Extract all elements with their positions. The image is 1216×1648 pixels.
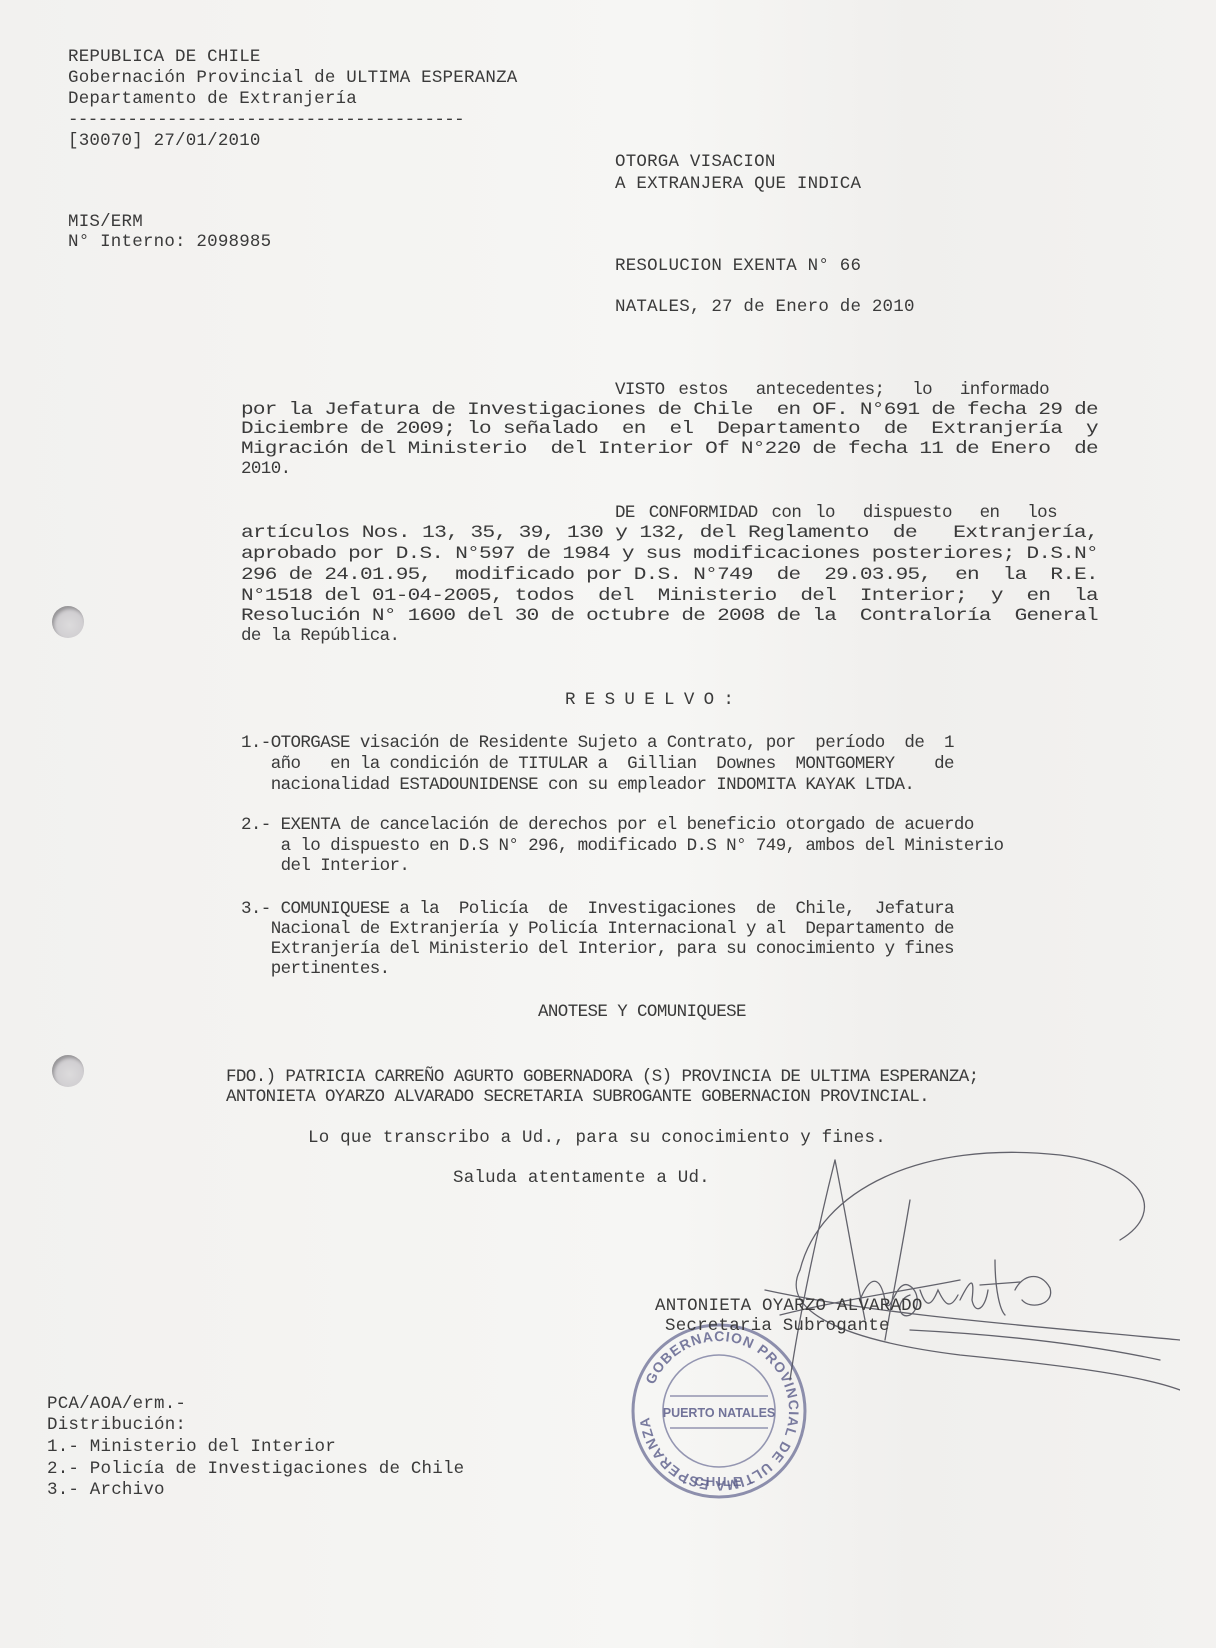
visto-line: Migración del Ministerio del Interior Of… [241, 439, 1098, 460]
visto-line: 2010. [241, 459, 291, 480]
resolution-place-date: NATALES, 27 de Enero de 2010 [615, 297, 915, 318]
conformidad-line: Resolución N° 1600 del 30 de octubre de … [241, 606, 1098, 627]
scanned-document-page: REPUBLICA DE CHILE Gobernación Provincia… [0, 0, 1216, 1648]
resuelvo-line: Extranjería del Ministerio del Interior,… [241, 939, 954, 960]
resuelvo-line: a lo dispuesto en D.S N° 296, modificado… [241, 836, 1003, 857]
stamp-bottom-text: - CHILE - [683, 1474, 756, 1489]
resolution-number: RESOLUCION EXENTA N° 66 [615, 256, 861, 277]
fdo-line-1: FDO.) PATRICIA CARREÑO AGURTO GOBERNADOR… [226, 1067, 979, 1088]
footer-initials: PCA/AOA/erm.- [47, 1394, 186, 1415]
conformidad-line: 296 de 24.01.95, modificado por D.S. N°7… [241, 565, 1098, 586]
resuelvo-line: del Interior. [241, 856, 409, 877]
resuelvo-line: pertinentes. [241, 959, 390, 980]
header-internal-number: N° Interno: 2098985 [68, 232, 271, 253]
visto-line: por la Jefatura de Investigaciones de Ch… [241, 400, 1098, 421]
header-department: Departamento de Extranjería [68, 89, 357, 110]
punch-hole [52, 1055, 84, 1087]
transcribo-line: Lo que transcribo a Ud., para su conocim… [308, 1128, 886, 1149]
header-initials: MIS/ERM [68, 212, 143, 233]
distribution-item: 3.- Archivo [47, 1480, 165, 1501]
stamp-center-text: PUERTO NATALES [663, 1406, 776, 1420]
distribution-item: 1.- Ministerio del Interior [47, 1437, 336, 1458]
saluda-line: Saluda atentamente a Ud. [453, 1168, 710, 1189]
conformidad-line: de la República. [241, 626, 399, 647]
visto-lead: VISTO estos antecedentes; lo informado [615, 380, 1049, 401]
distribution-item: 2.- Policía de Investigaciones de Chile [47, 1459, 464, 1480]
subject-line-2: A EXTRANJERA QUE INDICA [615, 174, 861, 195]
subject-line-1: OTORGA VISACION [615, 152, 776, 173]
header-separator: ---------------------------------------- [68, 110, 464, 131]
resuelvo-line: 1.-OTORGASE visación de Residente Sujeto… [241, 733, 954, 754]
header-reference: [30070] 27/01/2010 [68, 131, 261, 152]
resuelvo-line: 2.- EXENTA de cancelación de derechos po… [241, 815, 974, 836]
punch-hole [52, 606, 84, 638]
fdo-line-2: ANTONIETA OYARZO ALVARADO SECRETARIA SUB… [226, 1087, 929, 1108]
conformidad-line: artículos Nos. 13, 35, 39, 130 y 132, de… [241, 523, 1098, 544]
visto-line: Diciembre de 2009; lo señalado en el Dep… [241, 419, 1098, 440]
signatory-title: Secretaria Subrogante [665, 1316, 890, 1337]
resuelvo-line: año en la condición de TITULAR a Gillian… [241, 754, 954, 775]
anotese-comuniquese: ANOTESE Y COMUNIQUESE [538, 1002, 746, 1023]
conformidad-line: aprobado por D.S. N°597 de 1984 y sus mo… [241, 544, 1098, 565]
conformidad-line: N°1518 del 01-04-2005, todos del Ministe… [241, 586, 1098, 607]
header-office: Gobernación Provincial de ULTIMA ESPERAN… [68, 68, 517, 89]
header-country: REPUBLICA DE CHILE [68, 47, 261, 68]
resuelvo-line: 3.- COMUNIQUESE a la Policía de Investig… [241, 899, 954, 920]
handwritten-signature [760, 1150, 1180, 1410]
resuelvo-line: nacionalidad ESTADOUNIDENSE con su emple… [241, 775, 914, 796]
resuelvo-heading: R E S U E L V O : [565, 690, 733, 711]
conformidad-lead: DE CONFORMIDAD con lo dispuesto en los [615, 503, 1057, 524]
distribution-label: Distribución: [47, 1415, 186, 1436]
resuelvo-line: Nacional de Extranjería y Policía Intern… [241, 919, 954, 940]
signatory-name: ANTONIETA OYARZO ALVARADO [655, 1296, 923, 1317]
